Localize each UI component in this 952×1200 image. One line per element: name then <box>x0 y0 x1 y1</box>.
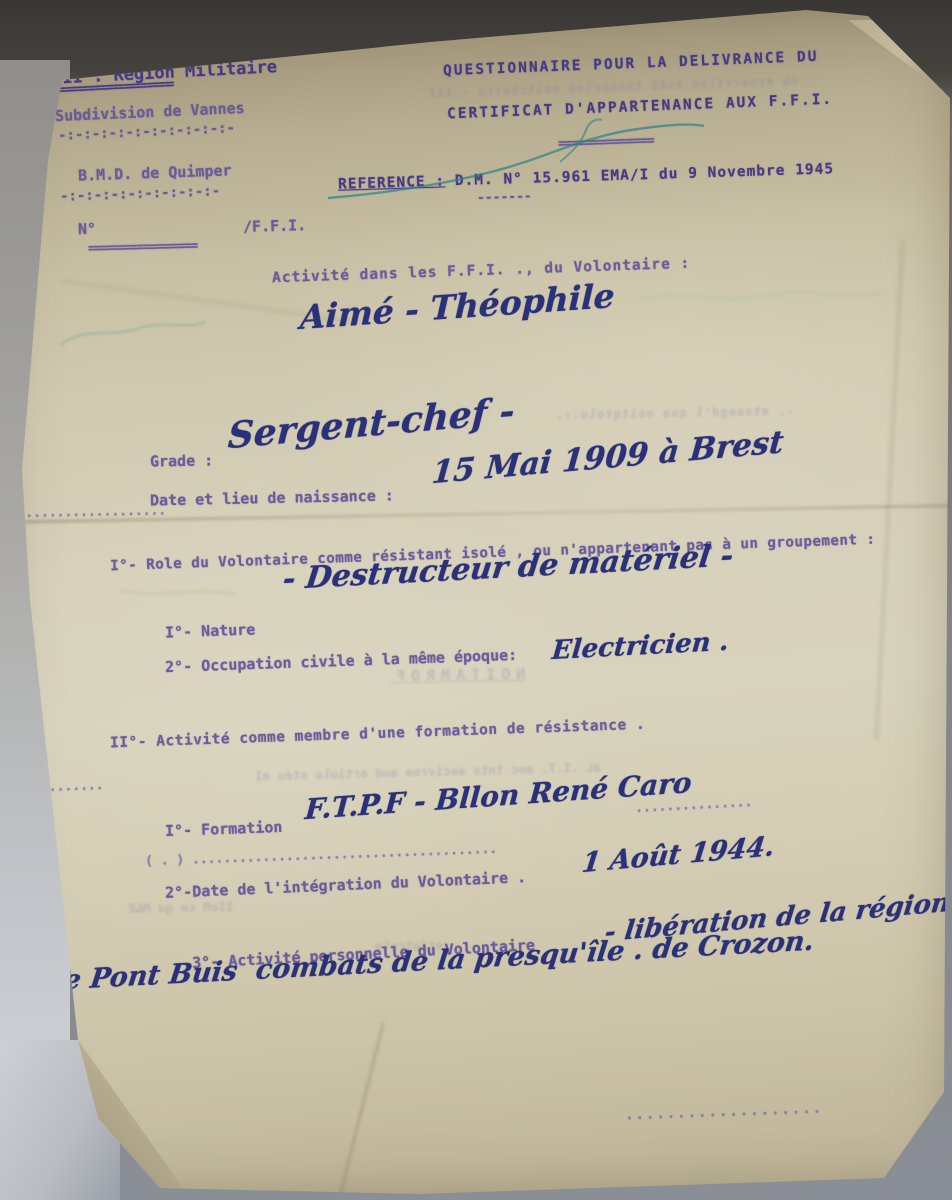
document-number-suffix: /F.F.I. <box>243 216 307 236</box>
reference-label: REFERENCE : <box>338 173 445 192</box>
ink-bleedthrough-text: IIoM ce qu M&E <box>128 899 234 916</box>
paper-sheet: IIIᵉ. Région Militaire =================… <box>0 0 952 1200</box>
ink-bleedthrough-text: NOITAMROF <box>390 665 526 685</box>
reference-dashes: ------- <box>477 189 532 206</box>
document-number-label: N° <box>78 220 97 238</box>
grade-label: Grade : <box>150 451 214 470</box>
photographed-document-scan: IIIᵉ. Région Militaire =================… <box>0 0 952 1200</box>
letterhead-rule: ================ <box>88 239 198 257</box>
section1-nature-label: I°- Nature <box>165 620 256 641</box>
